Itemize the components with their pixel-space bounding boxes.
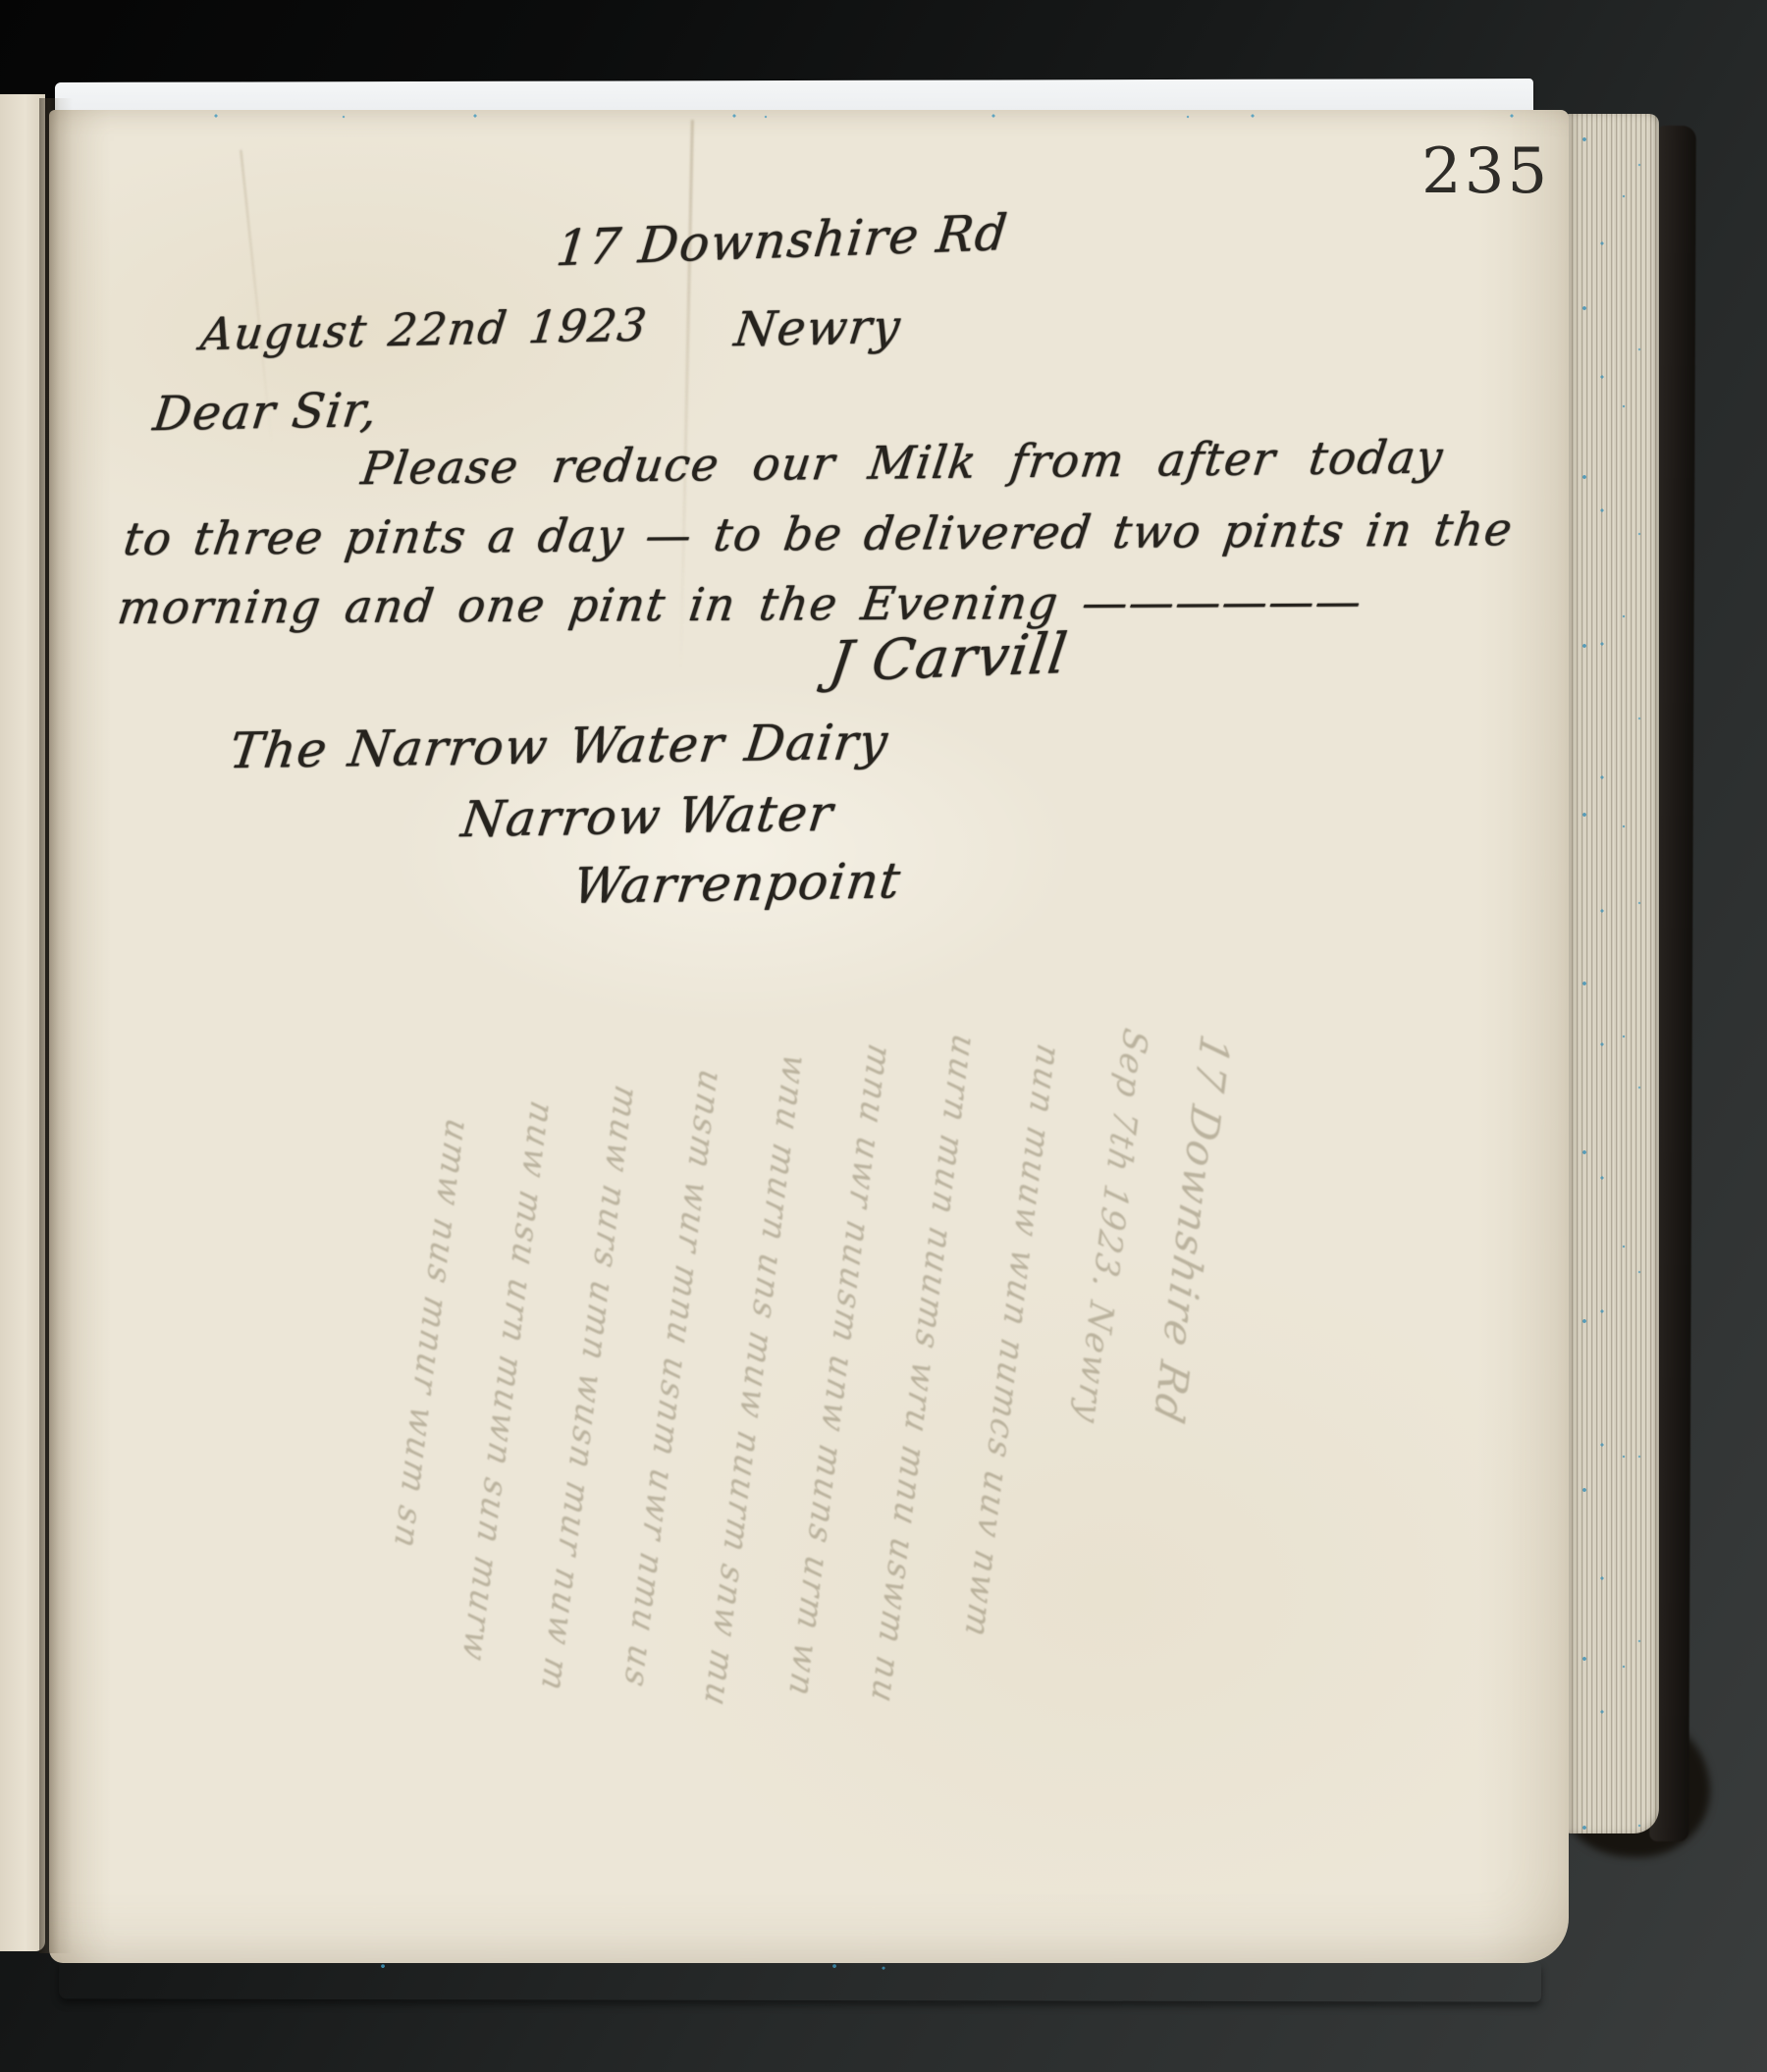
letter-recipient-line-2: Narrow Water xyxy=(458,784,837,848)
letter-signature: J Carvill xyxy=(826,622,1072,695)
letter-address-line-2: Newry xyxy=(731,299,904,357)
gutter-shadow xyxy=(39,98,73,1953)
show-through-line: Sep 7th 1923. Newry xyxy=(1068,1025,1154,1429)
letter-body-line-1: Please reduce our Milk from after today xyxy=(358,430,1447,495)
letter-body-line-3: morning and one pint in the Evening ————… xyxy=(115,574,1366,634)
page-number: 235 xyxy=(1421,135,1550,208)
letter-salutation: Dear Sir, xyxy=(150,383,381,442)
interleaf-strip-bottom xyxy=(59,1959,1541,2001)
blue-speckle-dots xyxy=(187,112,1541,121)
letter-recipient-line-3: Warrenpoint xyxy=(570,852,904,915)
photo-background: { "page_number": "235", "letter": { "add… xyxy=(0,0,1767,2072)
letter-date: August 22nd 1923 xyxy=(198,298,651,360)
letter-recipient-line-1: The Narrow Water Dairy xyxy=(227,714,892,779)
show-through-line: nun muuw wun numcs uuv nwm xyxy=(957,1040,1068,1643)
letter-address-line-1: 17 Downshire Rd xyxy=(554,204,1011,277)
letter-body-line-2: to three pints a day — to be delivered t… xyxy=(121,503,1517,565)
show-through-line: 17 Downshire Rd xyxy=(1145,1030,1239,1429)
show-through-line: umw nus mnur wum sn xyxy=(386,1115,477,1555)
letter-book-page: 235 17 Downshire Rd Newry August 22nd 19… xyxy=(49,110,1569,1963)
fore-edge-page-stack xyxy=(1567,114,1659,1833)
